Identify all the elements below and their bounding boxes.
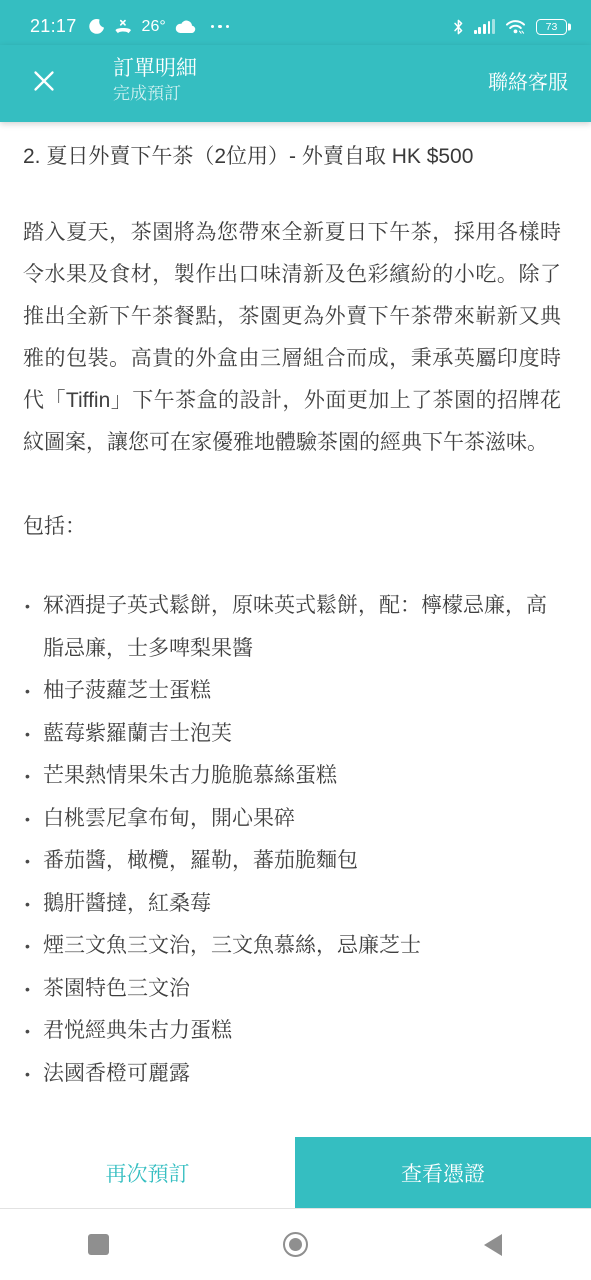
contact-support-button[interactable]: 聯絡客服: [488, 66, 568, 95]
item-description-paragraph: 踏入夏天，茶園將為您帶來全新夏日下午茶，採用各樣時令水果及食材，製作出口味清新及…: [23, 212, 561, 464]
menu-list-item: 白桃雲尼拿布甸，開心果碎: [23, 798, 561, 841]
menu-list-item: 冧酒提子英式鬆餅，原味英式鬆餅，配：檸檬忌廉，高脂忌廉，士多啤梨果醬: [23, 585, 561, 670]
menu-list-item: 芒果熱情果朱古力脆脆慕絲蛋糕: [23, 755, 561, 798]
view-voucher-button[interactable]: 查看憑證: [295, 1137, 591, 1208]
menu-list-item-text: 藍莓紫羅蘭吉士泡芙: [43, 722, 232, 745]
menu-list-item: 君悦經典朱古力蛋糕: [23, 1010, 561, 1053]
battery-percent-text: 73: [546, 21, 558, 33]
status-bar-left: 21:17 26°: [30, 16, 229, 37]
page-title: 訂單明細: [113, 55, 197, 82]
temperature-text: 26°: [142, 18, 166, 36]
menu-list-item-text: 鵝肝醬撻，紅桑莓: [43, 892, 211, 915]
recent-apps-square-icon: [88, 1234, 109, 1255]
back-button[interactable]: [394, 1234, 591, 1256]
android-nav-bar: [0, 1209, 591, 1280]
menu-list-item-text: 煙三文魚三文治，三文魚慕絲，忌廉芝士: [43, 934, 421, 957]
rebook-button[interactable]: 再次預訂: [0, 1137, 295, 1208]
order-status-text: 完成預訂: [113, 82, 197, 106]
phone-screen: 21:17 26°: [0, 0, 591, 1280]
status-bar-right: 73: [453, 19, 567, 35]
bluetooth-icon: [453, 19, 464, 35]
menu-list-item-text: 番茄醬，橄欖，羅勒，蕃茄脆麵包: [43, 849, 358, 872]
menu-list-item: 柚子菠蘿芝士蛋糕: [23, 670, 561, 713]
close-x-icon: [33, 70, 55, 92]
menu-list-item: 煙三文魚三文治，三文魚慕絲，忌廉芝士: [23, 925, 561, 968]
recent-apps-button[interactable]: [0, 1234, 197, 1255]
menu-list-item-text: 君悦經典朱古力蛋糕: [43, 1019, 232, 1042]
battery-icon: 73: [536, 19, 567, 35]
footer-actions: 再次預訂 查看憑證: [0, 1137, 591, 1208]
dnd-moon-icon: [88, 18, 105, 35]
menu-item-list: 冧酒提子英式鬆餅，原味英式鬆餅，配：檸檬忌廉，高脂忌廉，士多啤梨果醬 柚子菠蘿芝…: [23, 585, 561, 1095]
call-mute-icon: [114, 19, 133, 35]
wifi-icon: [505, 19, 526, 35]
clock-text: 21:17: [30, 16, 77, 37]
order-item-title: 2. 夏日外賣下午茶（2位用）- 外賣自取 HK $500: [23, 136, 561, 178]
includes-label: 包括：: [23, 506, 561, 548]
app-header: 訂單明細 完成預訂 聯絡客服: [0, 45, 591, 122]
home-circle-icon: [283, 1232, 308, 1257]
close-button[interactable]: [31, 68, 57, 94]
menu-list-item-text: 法國香橙可麗露: [43, 1062, 190, 1085]
header-titles: 訂單明細 完成預訂: [113, 55, 197, 106]
weather-cloud-icon: [175, 19, 196, 34]
menu-list-item: 番茄醬，橄欖，羅勒，蕃茄脆麵包: [23, 840, 561, 883]
order-details-scroll-area[interactable]: 2. 夏日外賣下午茶（2位用）- 外賣自取 HK $500 踏入夏天，茶園將為您…: [0, 122, 591, 1137]
menu-list-item-text: 芒果熱情果朱古力脆脆慕絲蛋糕: [43, 764, 337, 787]
cell-signal-icon: [474, 19, 495, 34]
home-button[interactable]: [197, 1232, 394, 1257]
back-triangle-icon: [484, 1234, 502, 1256]
menu-list-item-text: 白桃雲尼拿布甸，開心果碎: [43, 807, 295, 830]
more-dots-icon: [211, 25, 230, 29]
status-bar: 21:17 26°: [0, 0, 591, 45]
menu-list-item-text: 冧酒提子英式鬆餅，原味英式鬆餅，配：檸檬忌廉，高脂忌廉，士多啤梨果醬: [43, 594, 547, 660]
menu-list-item-text: 茶園特色三文治: [43, 977, 190, 1000]
menu-list-item: 法國香橙可麗露: [23, 1053, 561, 1096]
menu-list-item: 藍莓紫羅蘭吉士泡芙: [23, 713, 561, 756]
menu-list-item: 鵝肝醬撻，紅桑莓: [23, 883, 561, 926]
menu-list-item: 茶園特色三文治: [23, 968, 561, 1011]
menu-list-item-text: 柚子菠蘿芝士蛋糕: [43, 679, 211, 702]
